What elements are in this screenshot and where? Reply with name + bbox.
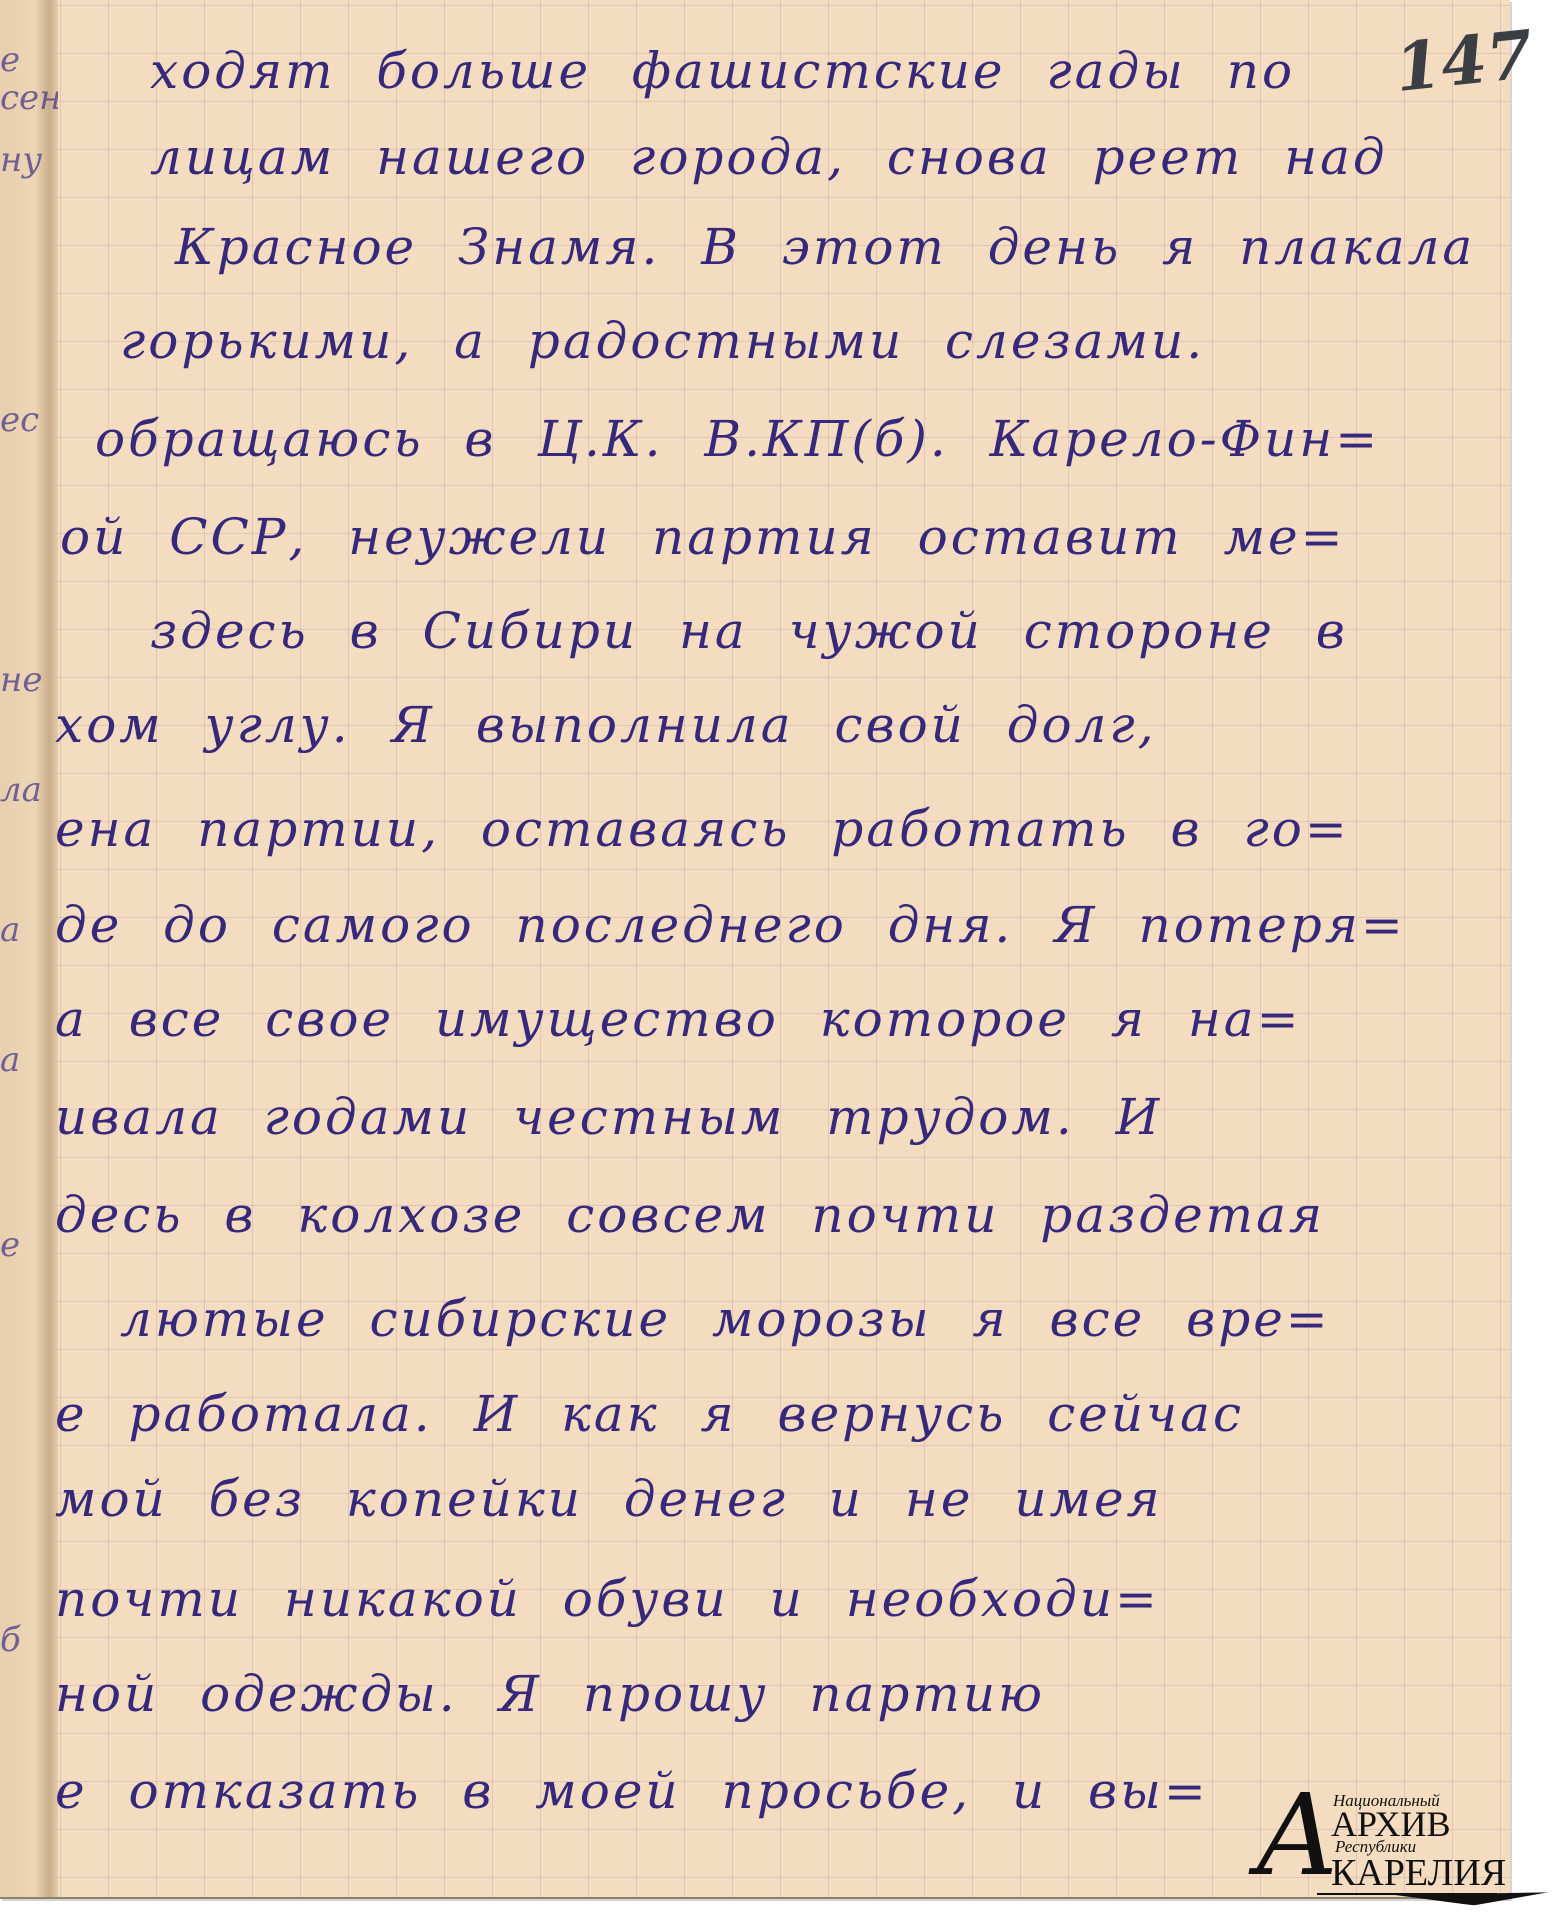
monogram-icon: А <box>1255 1780 1340 1892</box>
text-line-18: ной одежды. Я прошу партию <box>55 1665 1045 1723</box>
text-line-12: ивала годами честным трудом. И <box>55 1088 1162 1146</box>
text-line-17: почти никакой обуви и необходи= <box>55 1570 1160 1628</box>
margin-fragment: сен <box>0 78 58 118</box>
text-line-1: ходят больше фашистские гады по <box>150 42 1295 100</box>
letter-page: е сен ну ес не ла а а е б 147 ходят боль… <box>0 0 1510 1899</box>
text-line-7: здесь в Сибири на чужой стороне в <box>150 602 1348 660</box>
text-line-8: хом углу. Я выполнила свой долг, <box>55 696 1157 754</box>
margin-fragment: не <box>0 660 58 700</box>
watermark-line-4: КАРЕЛИЯ <box>1331 1854 1506 1892</box>
page-number: 147 <box>1391 15 1536 107</box>
margin-fragment: а <box>0 1040 58 1080</box>
text-line-2: лицам нашего города, снова реет над <box>150 128 1388 186</box>
text-line-6: ой ССР, неужели партия оставит ме= <box>60 508 1346 566</box>
text-line-10: де до самого последнего дня. Я потеря= <box>55 896 1406 954</box>
text-line-4: горькими, а радостными слезами. <box>120 312 1205 370</box>
text-line-15: е работала. И как я вернусь сейчас <box>55 1385 1244 1443</box>
quill-icon <box>1395 1892 1565 1920</box>
binding-fold: е сен ну ес не ла а а е б <box>0 0 58 1897</box>
text-line-5: обращаюсь в Ц.К. В.КП(б). Карело-Фин= <box>95 410 1380 468</box>
text-line-13: десь в колхозе совсем почти раздетая <box>55 1186 1325 1244</box>
text-line-16: мой без копейки денег и не имея <box>55 1470 1163 1528</box>
margin-fragment: б <box>0 1620 58 1660</box>
margin-fragment: а <box>0 910 58 950</box>
text-line-11: а все свое имущество которое я на= <box>55 990 1302 1048</box>
margin-fragment: е <box>0 40 58 80</box>
margin-fragment: е <box>0 1225 58 1265</box>
text-line-9: ена партии, оставаясь работать в го= <box>55 800 1350 858</box>
text-line-19: е отказать в моей просьбе, и вы= <box>55 1762 1209 1820</box>
margin-fragment: ес <box>0 400 58 440</box>
archive-watermark-logo: А Национальный АРХИВ Республики КАРЕЛИЯ <box>1255 1780 1555 1920</box>
text-line-14: лютые сибирские морозы я все вре= <box>120 1290 1331 1348</box>
text-line-3: Красное Знамя. В этот день я плакала <box>175 218 1475 276</box>
margin-fragment: ла <box>0 770 58 810</box>
margin-fragment: ну <box>0 140 58 180</box>
